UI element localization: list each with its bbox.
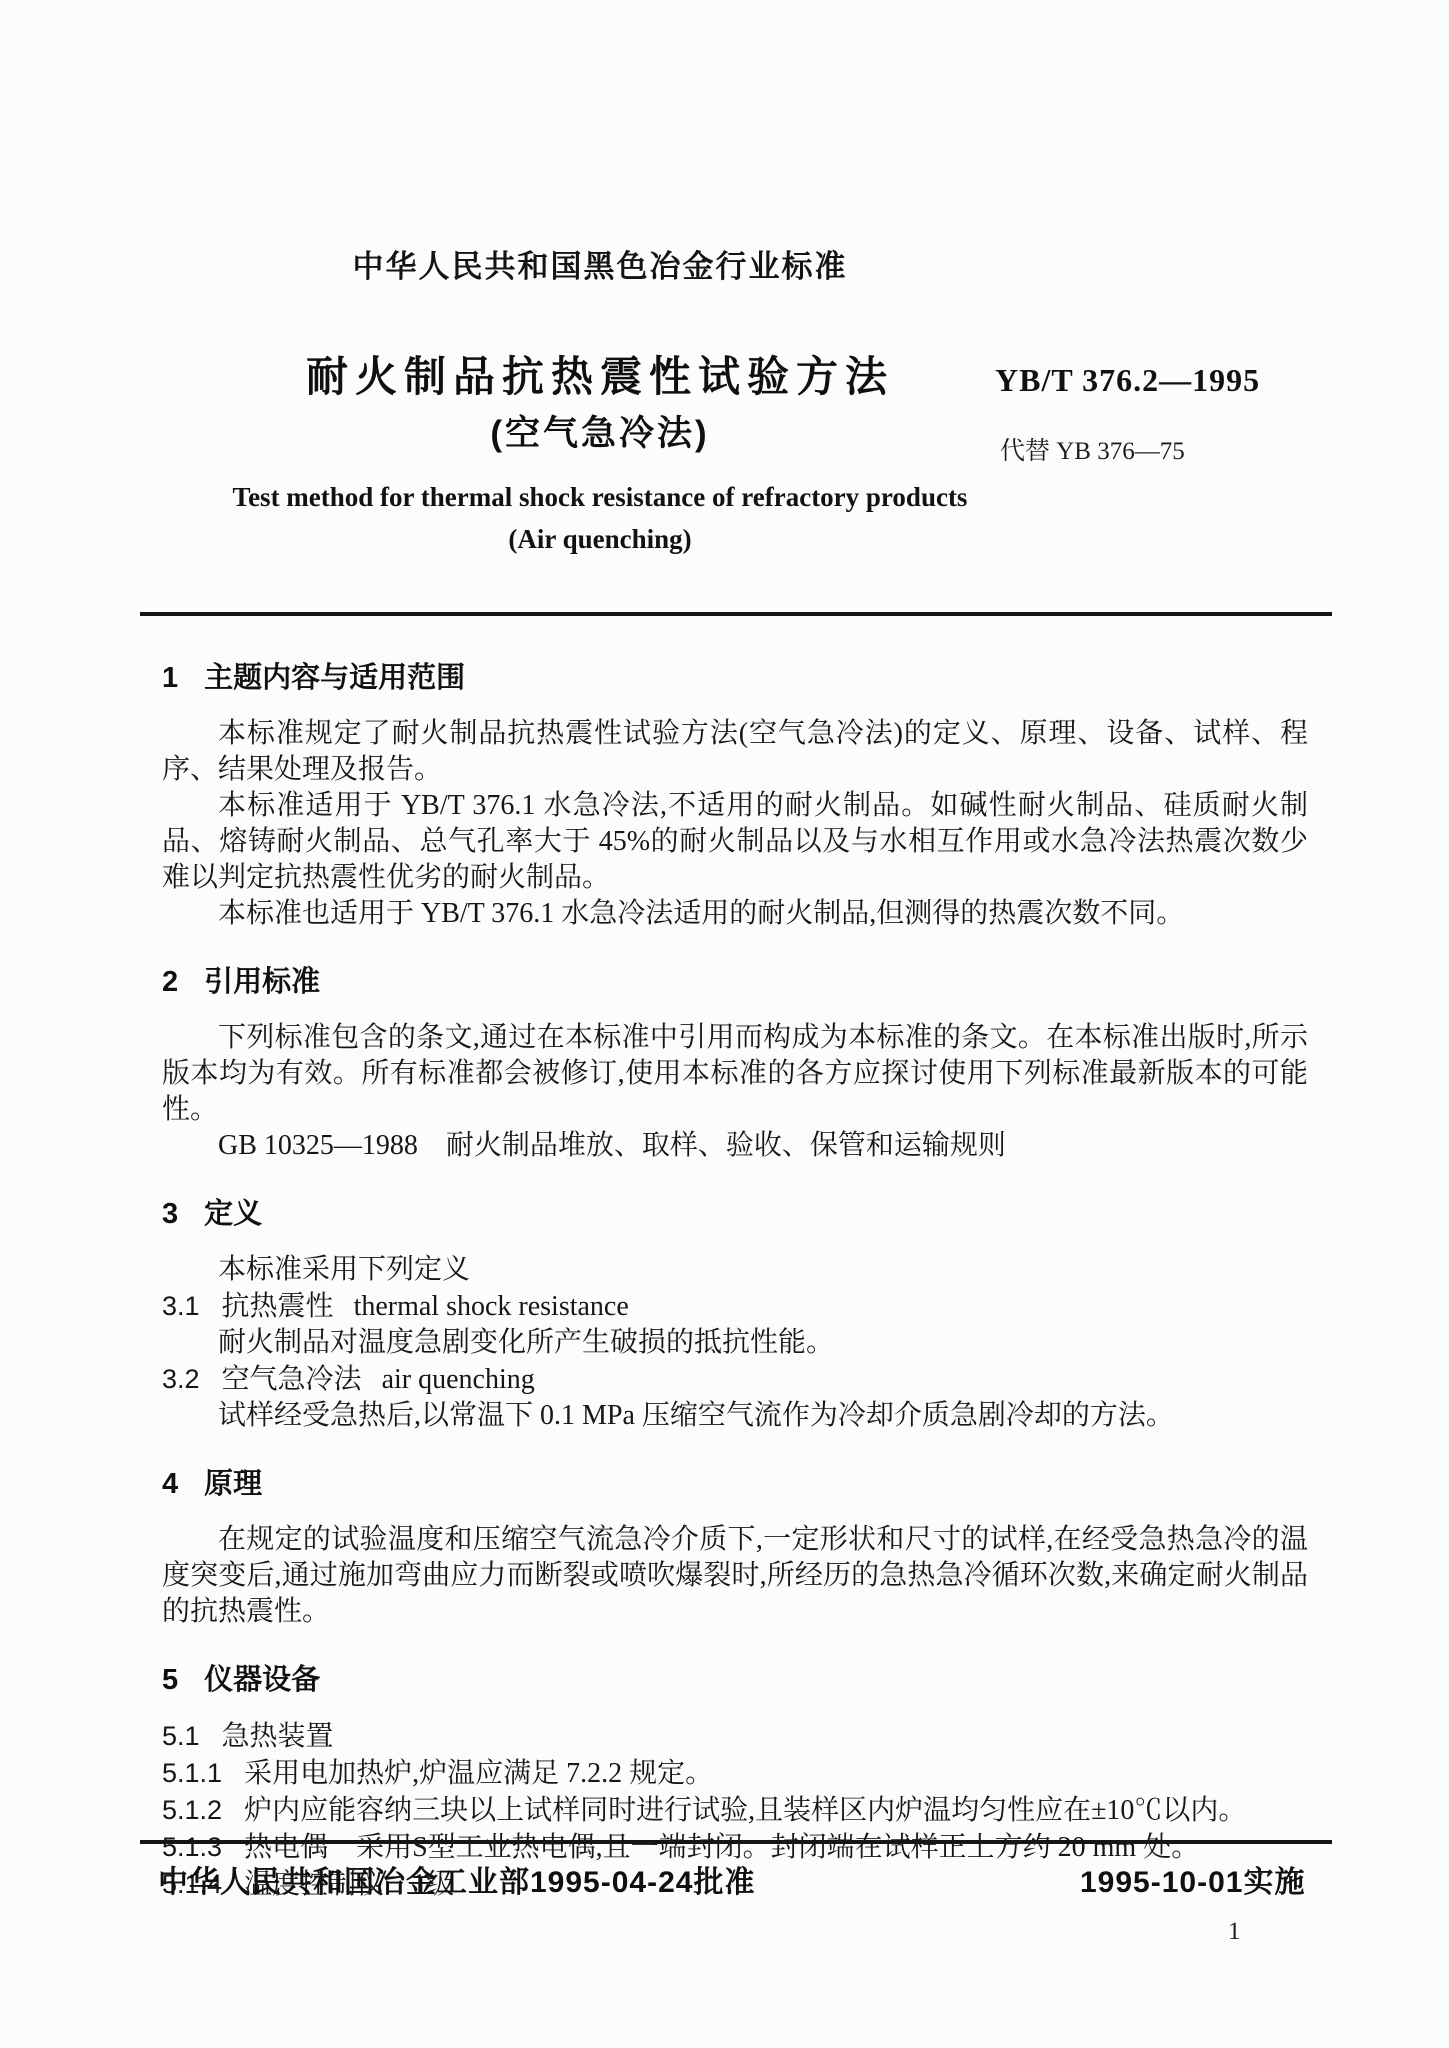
header-divider: [140, 612, 1332, 616]
page-number: 1: [1228, 1918, 1241, 1946]
section-1-paragraph-1: 本标准规定了耐火制品抗热震性试验方法(空气急冷法)的定义、原理、设备、试样、程序…: [162, 716, 1308, 788]
clause-5-1: 5.1急热装置: [162, 1718, 1308, 1755]
clause-5-1-2-text: 炉内应能容纳三块以上试样同时进行试验,且装样区内炉温均匀性应在±10℃以内。: [244, 1795, 1246, 1826]
section-3-intro: 本标准采用下列定义: [162, 1252, 1308, 1288]
section-3-heading: 3定义: [162, 1196, 1308, 1232]
approval-note: 中华人民共和国冶金工业部1995-04-24批准: [158, 1857, 755, 1901]
section-1-paragraph-3: 本标准也适用于 YB/T 376.1 水急冷法适用的耐火制品,但测得的热震次数不…: [162, 896, 1308, 932]
definition-3-2-number: 3.2: [162, 1361, 200, 1397]
section-2-number: 2: [162, 964, 178, 1000]
document-title-en: Test method for thermal shock resistance…: [140, 482, 1060, 513]
section-4-title: 原理: [204, 1468, 262, 1500]
document-subtitle-en: (Air quenching): [140, 524, 1060, 555]
definition-3-1-body: 耐火制品对温度急剧变化所产生破损的抵抗性能。: [162, 1325, 1308, 1361]
section-1-title: 主题内容与适用范围: [204, 662, 465, 694]
definition-3-2-term: 空气急冷法: [222, 1364, 362, 1395]
section-3-title: 定义: [204, 1198, 262, 1230]
definition-3-1-term-en: thermal shock resistance: [354, 1291, 629, 1322]
section-2-heading: 2引用标准: [162, 964, 1308, 1000]
footer-divider: [140, 1840, 1332, 1844]
section-5-title: 仪器设备: [204, 1664, 320, 1696]
clause-5-1-1-text: 采用电加热炉,炉温应满足 7.2.2 规定。: [244, 1758, 713, 1789]
definition-3-2-line: 3.2空气急冷法air quenching: [162, 1361, 1308, 1398]
document-subtitle-cn: (空气急冷法): [140, 406, 1060, 456]
definition-3-1-term: 抗热震性: [222, 1291, 334, 1322]
clause-5-1-text: 急热装置: [222, 1721, 334, 1752]
definition-3-1-number: 3.1: [162, 1288, 200, 1324]
clause-5-1-number: 5.1: [162, 1718, 200, 1754]
definition-3-2-term-en: air quenching: [382, 1364, 535, 1395]
section-4-heading: 4原理: [162, 1466, 1308, 1502]
section-1-paragraph-2: 本标准适用于 YB/T 376.1 水急冷法,不适用的耐火制品。如碱性耐火制品、…: [162, 788, 1308, 896]
clause-5-1-1: 5.1.1采用电加热炉,炉温应满足 7.2.2 规定。: [162, 1755, 1308, 1792]
section-2-paragraph-1: 下列标准包含的条文,通过在本标准中引用而构成为本标准的条文。在本标准出版时,所示…: [162, 1020, 1308, 1128]
section-5-number: 5: [162, 1662, 178, 1698]
section-2-title: 引用标准: [204, 966, 320, 998]
standard-body-header: 中华人民共和国黑色冶金行业标准: [140, 241, 1060, 286]
section-4-paragraph-1: 在规定的试验温度和压缩空气流急冷介质下,一定形状和尺寸的试样,在经受急热急冷的温…: [162, 1522, 1308, 1630]
replaces-note: 代替 YB 376—75: [1000, 431, 1185, 467]
section-3-number: 3: [162, 1196, 178, 1232]
standard-number: YB/T 376.2—1995: [995, 362, 1260, 399]
section-1-number: 1: [162, 660, 178, 696]
definition-3-2-body: 试样经受急热后,以常温下 0.1 MPa 压缩空气流作为冷却介质急剧冷却的方法。: [162, 1398, 1308, 1434]
definition-3-1-line: 3.1抗热震性thermal shock resistance: [162, 1288, 1308, 1325]
section-5-heading: 5仪器设备: [162, 1662, 1308, 1698]
clause-5-1-2-number: 5.1.2: [162, 1792, 222, 1828]
document-page: 中华人民共和国黑色冶金行业标准 耐火制品抗热震性试验方法 (空气急冷法) YB/…: [0, 0, 1449, 2048]
referenced-standard: GB 10325—1988 耐火制品堆放、取样、验收、保管和运输规则: [162, 1128, 1308, 1164]
clause-5-1-2: 5.1.2炉内应能容纳三块以上试样同时进行试验,且装样区内炉温均匀性应在±10℃…: [162, 1792, 1308, 1829]
clause-5-1-1-number: 5.1.1: [162, 1755, 222, 1791]
document-body: 1主题内容与适用范围 本标准规定了耐火制品抗热震性试验方法(空气急冷法)的定义、…: [162, 660, 1308, 1903]
section-4-number: 4: [162, 1466, 178, 1502]
section-1-heading: 1主题内容与适用范围: [162, 660, 1308, 696]
document-title-cn: 耐火制品抗热震性试验方法: [140, 344, 1060, 404]
implementation-note: 1995-10-01实施: [1080, 1857, 1305, 1901]
